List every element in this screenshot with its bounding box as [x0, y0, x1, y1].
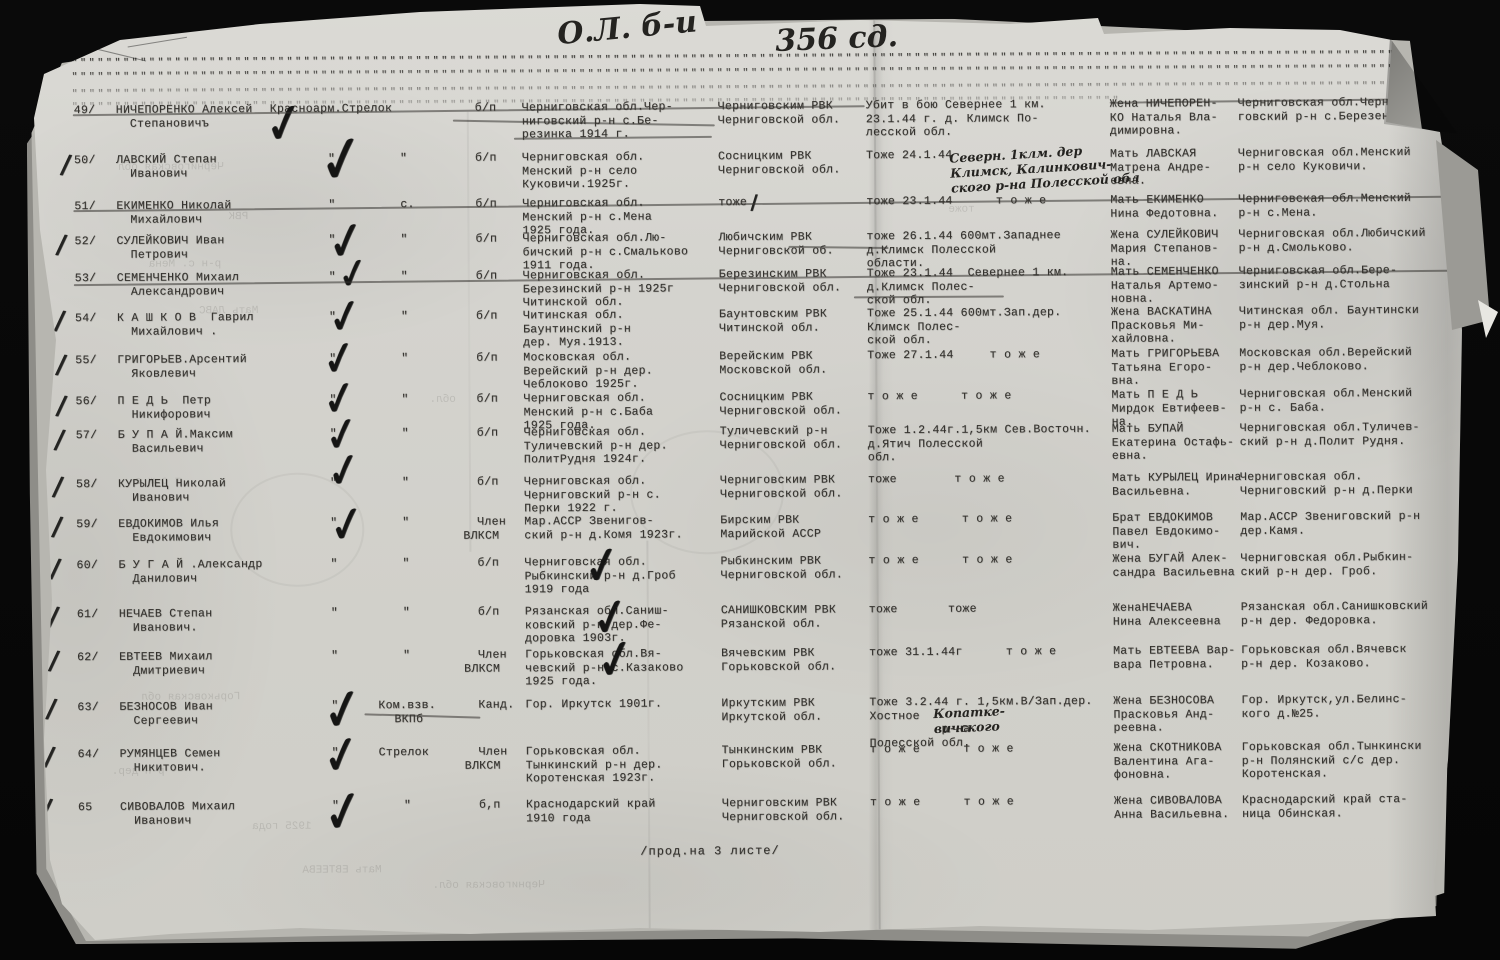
cell-row-number: 56/	[75, 395, 97, 409]
cell-row-number: 64/	[78, 748, 100, 762]
cell-relative-address: Горьковская обл.Вячевскр-н дер. Козаково…	[1241, 643, 1407, 671]
cell-row-number: 54/	[75, 312, 97, 326]
cell-death-info: тоже 26.1.44 600мт.Западнеед.Климск Поле…	[866, 229, 1061, 271]
cell-name: П Е Д Ь ПетрНикифорович	[117, 394, 211, 422]
cell-ditto-rank: "	[331, 607, 338, 621]
table-row: 64/РУМЯНЦЕВ СеменНикитович.Стрелок"ЧленВ…	[0, 0, 1497, 5]
handwritten-unit-note: О.Л. б-и	[557, 14, 698, 42]
bleed-through-layer: Черниговская облтожер-н с. МенаМать ЛАВС…	[0, 0, 1497, 5]
cell-party: Член	[478, 648, 507, 662]
bleed-through-text: Мать ЛАВС	[199, 305, 258, 317]
cell-birthplace: Краснодарский край1910 года	[526, 798, 656, 826]
cell-row-number: 58/	[76, 478, 98, 492]
bleed-through-text: РВК	[228, 211, 248, 223]
margin-tick: /	[44, 694, 57, 725]
cell-relative-address: Черниговская обл.Туличев-ский р-н д.Поли…	[1240, 421, 1420, 449]
cell-row-number: 63/	[77, 701, 99, 715]
cell-death-info: тоже т о ж е	[868, 472, 1005, 486]
cell-party: б/п	[476, 393, 498, 407]
cell-relative-address: Черниговская обл.Любичскийр-н д.Смольков…	[1238, 227, 1425, 255]
cell-ditto-position: "	[401, 352, 408, 366]
cell-relative: Мать СЕМЕНЧЕНКОНаталья Артемо-новна.	[1111, 265, 1219, 306]
cell-party: б/п	[477, 476, 499, 490]
cell-death-info: Тоже 25.1.44 600мт.Зап.дер.Климск Полес-…	[867, 306, 1062, 348]
bleed-through-text: 1925 года	[252, 821, 311, 833]
cell-relative: Жена БЕЗНОСОВАПрасковья Анд-реевна.	[1113, 694, 1214, 735]
margin-tick: /	[47, 646, 60, 677]
handwritten-place-note-row63: Копатке-вичского	[933, 703, 1006, 736]
margin-tick: /	[50, 512, 63, 543]
table-row: 50/ЛАВСКИЙ СтепанИванович""б/пЧерниговск…	[0, 0, 1497, 5]
cell-death-info: тоже 31.1.44г т о ж е	[869, 645, 1056, 660]
cell-relative-address: Мар.АССР Звениговский р-ндер.Камя.	[1240, 510, 1420, 538]
table-row: 63/БЕЗНОСОВ ИванСергеевичКом.взв."Канд.В…	[0, 0, 1497, 5]
margin-tick: /	[54, 350, 67, 381]
cell-relative: Жена БУГАЙ Алек-сандра Васильевна	[1112, 552, 1235, 580]
page-content: О.Л. б-и 356 сд. """""""""""""""""""""""…	[0, 0, 1500, 960]
cell-row-number: 50/	[74, 154, 96, 168]
margin-tick: /	[59, 150, 72, 181]
cell-death-info: Тоже 1.2.44г.1,5км Сев.Восточн.д.Ятич По…	[868, 423, 1091, 465]
cell-relative-address: Черниговская обл.Черниговский р-н д.Перк…	[1240, 470, 1413, 498]
bleed-through-text: Горьковская обл	[141, 691, 240, 704]
cell-death-info: Тоже 24.1.44	[866, 149, 953, 163]
table-row: 56/П Е Д Ь ПетрНикифорович""б/пЧерниговс…	[0, 0, 1497, 5]
cell-recruiting-office: САНИШКОВСКИМ РВКРязанской обл.	[721, 603, 836, 631]
table-row: 65СИВОВАЛОВ МихаилИванович""б,пКраснодар…	[0, 0, 1497, 5]
table-row: 59/ЕВДОКИМОВ ИльяЕвдокимович""ЧленВЛКСММ…	[0, 0, 1497, 5]
cell-relative: Жена СУЛЕЙКОВИЧМария Степанов-на.	[1110, 228, 1218, 269]
cell-party: б/п	[475, 152, 497, 166]
cell-ditto-position: "	[404, 799, 411, 813]
margin-tick: /	[53, 425, 66, 456]
cell-recruiting-office: Баунтовским РВКЧитинской обл.	[719, 308, 827, 336]
margin-tick: /	[55, 391, 68, 422]
cell-ditto-rank: "	[331, 650, 338, 664]
cell-name: СИВОВАЛОВ МихаилИванович	[120, 800, 235, 828]
table-row: 60/Б У Г А Й .АлександрДанилович""б/пЧер…	[0, 0, 1497, 5]
cell-party: Член	[477, 515, 506, 529]
cell-recruiting-office: Рыбкинским РВКЧерниговской обл.	[720, 554, 843, 582]
paper-crack-2	[128, 37, 187, 48]
cell-birthplace: Московская обл.Верейский р-н дер.Чеблоко…	[523, 351, 653, 392]
stamp-ghost-left	[230, 472, 365, 587]
cell-birthplace: Черниговская обл.Менский р-н селоКукович…	[522, 151, 645, 192]
table-row: 61/НЕЧАЕВ СтепанИванович.""б/пРязанская …	[0, 0, 1497, 5]
cell-name: ЕВДОКИМОВ ИльяЕвдокимович	[118, 517, 219, 545]
pencil-checkmark: ✓	[261, 89, 308, 160]
cell-relative-address: Краснодарский край ста-ница Обинская.	[1242, 793, 1408, 821]
cell-relative: Брат ЕВДОКИМОВПавел Евдокимо-вич.	[1112, 511, 1220, 552]
cell-relative-address: Гор. Иркутск,ул.Белинс-кого д.№25.	[1241, 693, 1407, 721]
cell-party: б/п	[475, 102, 497, 116]
scan-background: О.Л. б-и 356 сд. """""""""""""""""""""""…	[0, 0, 1500, 960]
table-row: 62/ЕВТЕЕВ МихаилДмитриевич""ЧленВЛКСМГор…	[0, 0, 1497, 5]
cell-death-info: т о ж е т о ж е	[868, 512, 1012, 526]
pencil-checkmark: ✓	[592, 625, 639, 696]
cell-relative-address: Черниговская обл.Бере-зинский р-н д.Стол…	[1239, 264, 1398, 292]
cell-rank: Стрелок	[379, 746, 430, 760]
cell-recruiting-office: Тынкинским РВКГорьковской обл.	[722, 743, 837, 771]
cell-recruiting-office: Черниговским РВКЧерниговской обл.	[722, 796, 845, 824]
cell-relative: Мать БУПАЙЕкатерина Остафь-евна.	[1112, 422, 1235, 463]
cell-row-number: 55/	[75, 354, 97, 368]
cell-row-number: 60/	[76, 559, 98, 573]
cell-recruiting-office: Верейским РВКМосковской обл.	[719, 350, 827, 378]
cell-party: б/п	[475, 198, 497, 212]
margin-tick: /	[55, 230, 68, 261]
continuation-footer: /прод.на 3 листе/	[640, 845, 780, 859]
cell-birthplace: Читинская обл.Баунтинский р-ндер. Муя.19…	[523, 309, 631, 350]
cell-ditto-position: "	[402, 557, 409, 571]
cell-relative-address: Черниговская обл.Менскийр-н село Кукович…	[1238, 146, 1411, 174]
cell-party: ВЛКСМ	[464, 662, 500, 676]
cell-recruiting-office: Черниговским РВКЧерниговской обл.	[718, 99, 841, 127]
cell-name: Б У П А Й.МаксимВасильевич	[118, 428, 233, 456]
column-separator-rules: """"""""""""""""""""""""""""""""""""""""…	[0, 0, 1497, 5]
cell-death-info: т о ж е т о ж е	[870, 795, 1014, 809]
bleed-through-text: Черниговская обл.	[432, 879, 544, 892]
cell-recruiting-office: Вячевским РВКГорьковской обл.	[721, 646, 836, 674]
cell-ditto-position: "	[401, 310, 408, 324]
bleed-through-text: р-н с. Мена	[149, 258, 222, 270]
pencil-slash: /	[750, 190, 757, 214]
cell-name: Б У Г А Й .АлександрДанилович	[118, 558, 262, 586]
cell-ditto-position: "	[403, 606, 410, 620]
cell-recruiting-office: Сосницким РВКЧерниговской обл.	[719, 390, 842, 418]
margin-tick: /	[53, 306, 66, 337]
cell-party: б,п	[479, 799, 501, 813]
cell-row-number: 62/	[77, 651, 99, 665]
cell-relative-address: Горьковская обл.Тынкинскир-н Полянский с…	[1242, 740, 1422, 782]
bleed-through-text: Черниговская обл	[118, 161, 224, 174]
cell-row-number: 52/	[74, 235, 96, 249]
cell-party: б/п	[475, 233, 497, 247]
cell-ditto-position: "	[401, 393, 408, 407]
cell-party: Член	[479, 745, 508, 759]
cell-party: Канд.	[478, 698, 514, 712]
cell-party: б/п	[477, 427, 499, 441]
cell-relative: Мать ЕКИМЕНКОНина Федотовна.	[1110, 193, 1218, 221]
table-row: 49/НИЧЕПОРЕНКО АлексейСтепановичъКрасноа…	[0, 0, 1497, 5]
stamp-ghost-center	[630, 430, 785, 555]
table-row: 55/ГРИГОРЬЕВ.АрсентийЯковлевич""б/пМоско…	[0, 0, 1497, 5]
bleed-through-text: т о ж е	[135, 475, 181, 487]
cell-relative-address: Черниговская обл.Рыбкин-ский р-н дер. Гр…	[1240, 551, 1413, 579]
cell-relative: Мать КУРЫЛЕЦ ИринаВасильевна.	[1112, 471, 1242, 499]
bleed-through-text: обл.	[429, 394, 455, 406]
bleed-through-text: Мать ЕВТЕЕВА	[302, 864, 381, 876]
pencil-checkmark: ✓	[319, 774, 368, 849]
cell-name: НЕЧАЕВ СтепанИванович.	[119, 607, 213, 635]
bleed-through-text: тоже	[948, 204, 974, 216]
cell-death-info: т о ж е т о ж е	[867, 389, 1011, 403]
table-row: 57/Б У П А Й.МаксимВасильевич""б/пЧерниг…	[0, 0, 1497, 5]
cell-relative-address: Читинская обл. Баунтинскир-н дер.Муя.	[1239, 304, 1419, 332]
cell-relative: Жена ВАСКАТИНАПрасковья Ми-хайловна.	[1111, 305, 1212, 346]
table-row: 54/К А Ш К О В ГаврилМихайлович .""б/пЧи…	[0, 0, 1497, 5]
cell-relative-address: Московская обл.Верейскийр-н дер.Чеблоков…	[1239, 346, 1412, 374]
cell-row-number: 57/	[76, 429, 98, 443]
cell-relative: Мать ЕВТЕЕВА Вар-вара Петровна.	[1113, 644, 1236, 672]
handwritten-division-note: 356 сд.	[775, 29, 898, 49]
cell-ditto-position: "	[402, 427, 409, 441]
table-row: 53/СЕМЕНЧЕНКО МихаилАлександрович""б/пЧе…	[0, 0, 1497, 5]
cell-name: БЕЗНОСОВ ИванСергеевич	[119, 700, 213, 728]
cell-death-info: Тоже 27.1.44 т о ж е	[867, 348, 1040, 363]
cell-recruiting-office: Любичским РВКЧерниговской об.	[718, 230, 833, 258]
cell-relative: Жена СИВОВАЛОВААнна Васильевна.	[1114, 794, 1229, 822]
cell-death-info: тоже тоже	[869, 603, 977, 617]
cell-ditto-position: "	[403, 649, 410, 663]
cell-death-info: т о ж е т о ж е	[868, 553, 1012, 567]
cell-name: ГРИГОРЬЕВ.АрсентийЯковлевич	[117, 353, 247, 381]
cell-rank: Ком.взв.	[378, 699, 436, 713]
cell-row-number: 65	[78, 801, 92, 815]
cell-row-number: 59/	[76, 518, 98, 532]
cell-row-number: 61/	[77, 608, 99, 622]
cell-birthplace: Гор. Иркутск 1901г.	[525, 698, 662, 712]
cell-party: ВЛКСМ	[465, 759, 501, 773]
cell-ditto-position: с.	[400, 198, 414, 212]
fold-crease-upper-left	[467, 112, 472, 552]
cell-recruiting-office: Иркутским РВКИркутской обл.	[721, 697, 822, 725]
cell-relative: Мать ГРИГОРЬЕВАТатьяна Егоро-вна.	[1111, 347, 1219, 388]
cell-ditto-position: "	[402, 476, 409, 490]
cell-ditto-position: "	[400, 152, 407, 166]
pencil-checkmark: ✓	[314, 119, 369, 202]
bleed-through-text: р-н дер.	[112, 766, 165, 778]
cell-birthplace: Горьковская обл.Тынкинский р-н дер.Корот…	[526, 745, 663, 786]
table-row: 52/СУЛЕЙКОВИЧ ИванПетрович""б/пЧерниговс…	[0, 0, 1497, 5]
cell-name: ЕВТЕЕВ МихаилДмитриевич	[119, 650, 213, 678]
torn-corner-shadow	[1380, 30, 1460, 140]
cell-ditto-position: "	[402, 516, 409, 530]
cell-party: б/п	[476, 352, 498, 366]
cell-relative-address: Рязанская обл.Санишковскийр-н дер. Федор…	[1241, 600, 1428, 628]
table-row: 51/ЕКИМЕНКО НиколайМихайлович"с.б/пЧерни…	[0, 0, 1497, 5]
cell-party: б/п	[476, 310, 498, 324]
cell-recruiting-office: Сосницким РВКЧерниговской обл.	[718, 149, 841, 177]
cell-death-info: т о ж е т о ж е	[870, 742, 1014, 756]
casualty-table: 49/НИЧЕПОРЕНКО АлексейСтепановичъКрасноа…	[0, 0, 1497, 5]
cell-relative: Жена СКОТНИКОВАВалентина Ага-фоновна.	[1114, 741, 1222, 782]
cell-name: ЕКИМЕНКО НиколайМихайлович	[116, 199, 231, 227]
cell-ditto-position: "	[400, 233, 407, 247]
cell-name: НИЧЕПОРЕНКО АлексейСтепановичъ	[116, 103, 253, 131]
document-page: О.Л. б-и 356 сд. """""""""""""""""""""""…	[0, 0, 1500, 960]
cell-relative: ЖенаНЕЧАЕВАНина Алексеевна	[1113, 601, 1221, 629]
cell-party: б/п	[477, 557, 499, 571]
fold-crease-lower-left	[646, 541, 650, 936]
margin-tick: /	[51, 472, 64, 503]
cell-birthplace: Черниговская обл.Березинский р-н 1925гЧи…	[523, 268, 674, 309]
cell-birthplace: Черниговская обл.Лю-бичский р-н с.Смальк…	[522, 231, 688, 273]
cell-relative-address: Черниговская обл.Менскийр-н с. Баба.	[1239, 387, 1412, 415]
pencil-marks-layer: ✓✓✓✓✓✓✓✓✓✓✓✓✓✓✓✓///////////////	[0, 0, 1497, 5]
cell-recruiting-office: Березинским РВКЧерниговской обл.	[719, 267, 842, 295]
cell-death-info: Убит в бою Севернее 1 км.23.1.44 г. д. К…	[866, 98, 1046, 140]
cell-death-info: Тоже 23.1.44 Севернее 1 км.д.Климск Поле…	[867, 266, 1069, 308]
cell-party: б/п	[478, 606, 500, 620]
table-row: 58/КУРЫЛЕЦ НиколайИванович""б/пЧерниговс…	[0, 0, 1497, 5]
